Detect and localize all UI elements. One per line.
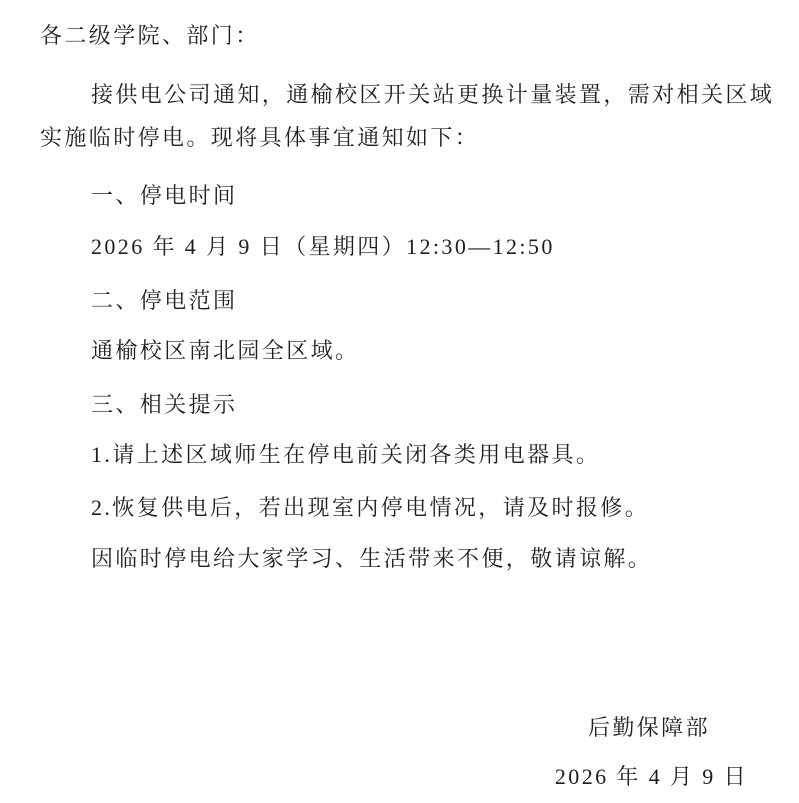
tip-2: 2.恢复供电后，若出现室内停电情况，请及时报修。 — [40, 486, 763, 529]
outage-time: 2026 年 4 月 9 日（星期四）12:30—12:50 — [40, 225, 763, 268]
salutation: 各二级学院、部门： — [40, 14, 763, 57]
notice-document: 各二级学院、部门： 接供电公司通知，通榆校区开关站更换计量装置，需对相关区域 实… — [0, 14, 799, 798]
section-1-heading: 一、停电时间 — [40, 174, 763, 217]
tip-1: 1.请上述区域师生在停电前关闭各类用电器具。 — [40, 433, 763, 476]
section-3-heading: 三、相关提示 — [40, 383, 763, 426]
intro-line-1: 接供电公司通知，通榆校区开关站更换计量装置，需对相关区域 — [40, 73, 763, 116]
issue-date: 2026 年 4 月 9 日 — [40, 755, 748, 798]
closing-apology: 因临时停电给大家学习、生活带来不便，敬请谅解。 — [40, 537, 763, 580]
outage-scope: 通榆校区南北园全区域。 — [40, 329, 763, 372]
section-2-heading: 二、停电范围 — [40, 279, 763, 322]
intro-line-2: 实施临时停电。现将具体事宜通知如下： — [40, 116, 763, 159]
signature-department: 后勤保障部 — [40, 706, 710, 749]
